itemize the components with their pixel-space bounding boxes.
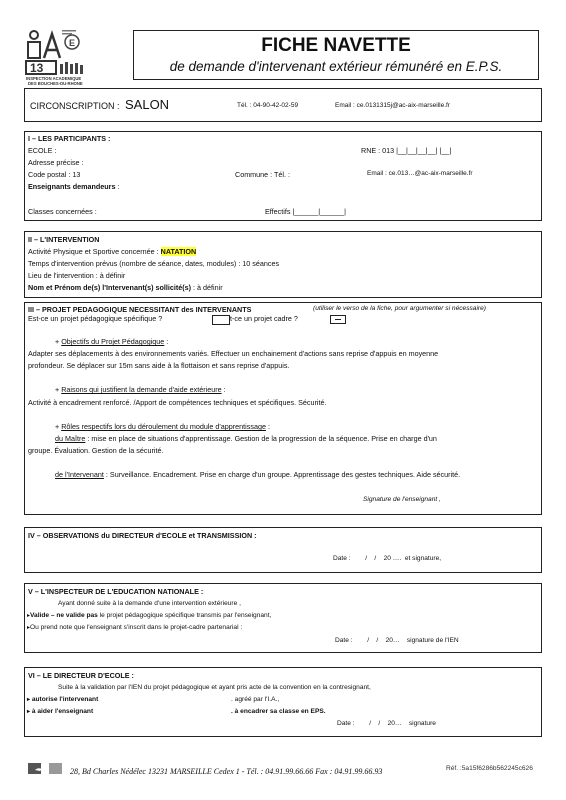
checkbox-cadre[interactable] (330, 315, 346, 324)
section-inspecteur: V – L'INSPECTEUR DE L'EDUCATION NATIONAL… (24, 583, 542, 653)
valide-label: Valide – ne valide pas (30, 612, 98, 619)
section-heading: III – PROJET PEDAGOGIQUE NECESSITANT des… (28, 305, 251, 314)
intervenant-role: de l'Intervenant : Surveillance. Encadre… (55, 470, 460, 479)
title-box: FICHE NAVETTE de demande d'intervenant e… (133, 30, 539, 80)
circonscription-email: Email : ce.0131315j@ac-aix-marseille.fr (335, 102, 450, 109)
triangle-bullet-icon: ▸ (27, 697, 30, 703)
checkbox-dash-icon (335, 319, 341, 320)
autorise-label: autorise l'intervenant (32, 696, 98, 703)
footer-reference: Réf. :5a15f6286b562245c626 (446, 765, 533, 772)
circonscription-box: CIRCONSCRIPTION : SALON Tél. : 04-90-42-… (24, 88, 542, 122)
autorise-option[interactable]: ▸ autorise l'intervenant (27, 696, 98, 703)
ecole-email-field[interactable]: Email : ce.013…@ac-aix-marseille.fr (367, 170, 473, 177)
temps-field[interactable]: Temps d'intervention prévus (nombre de s… (28, 259, 279, 268)
section-heading: IV – OBSERVATIONS du DIRECTEUR d'ECOLE e… (28, 531, 257, 540)
footer-address: 28, Bd Charles Nédélec 13231 MARSEILLE C… (70, 767, 382, 776)
maitre-text: : mise en place de situations d'apprenti… (85, 434, 437, 443)
page-subtitle: de demande d'intervenant extérieur rémun… (134, 59, 538, 74)
section-heading: II – L'INTERVENTION (28, 235, 99, 244)
directeur-intro: Suite à la validation par l'IEN du proje… (58, 684, 371, 691)
inspecteur-intro: Ayant donné suite à la demande d'une int… (58, 600, 241, 607)
classes-field[interactable]: Classes concernées : (28, 207, 97, 216)
intervenant-name-field[interactable]: Nom et Prénom de(s) l'Intervenant(s) sol… (28, 283, 223, 292)
question-cadre: t-ce un projet cadre ? (230, 314, 298, 323)
enseignants-label: Enseignants demandeurs (28, 182, 115, 191)
circonscription-value: SALON (125, 97, 169, 112)
aider-option[interactable]: ▸ à aider l'enseignant (27, 708, 93, 715)
agree-text: . agréé par l'I.A., (231, 696, 279, 703)
circonscription-label: CIRCONSCRIPTION : (30, 101, 120, 111)
roles-heading: + Rôles respectifs lors du déroulement d… (55, 422, 270, 431)
enseignants-field[interactable]: Enseignants demandeurs : (28, 182, 119, 191)
svg-text:13: 13 (30, 61, 44, 75)
republique-logo-icon (28, 763, 63, 774)
adresse-field[interactable]: Adresse précise : (28, 158, 84, 167)
raisons-text: Activité à encadrement renforcé. /Apport… (28, 398, 326, 407)
section-heading: V – L'INSPECTEUR DE L'EDUCATION NATIONAL… (28, 587, 203, 596)
section-intervention: II – L'INTERVENTION Activité Physique et… (24, 231, 542, 298)
plus-bullet-icon: + (55, 337, 59, 346)
svg-text:DES BOUCHES-DU-RHONE: DES BOUCHES-DU-RHONE (28, 81, 83, 86)
code-postal-field[interactable]: Code postal : 13 (28, 170, 80, 179)
plus-bullet-icon: + (55, 422, 59, 431)
question-specifique: Est-ce un projet pédagogique spécifique … (28, 314, 162, 323)
intervenant-name-label: Nom et Prénom de(s) l'Intervenant(s) sol… (28, 283, 191, 292)
section-directeur: VI – LE DIRECTEUR D'ECOLE : Suite à la v… (24, 667, 542, 737)
triangle-bullet-icon: ▸ (27, 709, 30, 715)
signature-enseignant: Signature de l'enseignant , (363, 496, 441, 503)
page-title: FICHE NAVETTE (134, 35, 538, 57)
svg-text:E: E (69, 38, 75, 48)
raisons-heading: + Raisons qui justifient la demande d'ai… (55, 385, 226, 394)
objectifs-text-1: Adapter ses déplacements à des environne… (28, 349, 438, 358)
date-signature-directeur[interactable]: Date : / / 20… signature (337, 720, 436, 727)
effectifs-field[interactable]: Effectifs |______|______| (265, 207, 346, 216)
aps-field[interactable]: Activité Physique et Sportive concernée … (28, 247, 196, 256)
academy-logo-icon: E 13 INSPECTION ACADEMIQUE DES BOUCHES-D… (24, 28, 94, 88)
section-projet-pedagogique: III – PROJET PEDAGOGIQUE NECESSITANT des… (24, 302, 542, 515)
maitre-role: du Maître : mise en place de situations … (55, 434, 437, 443)
raisons-label: Raisons qui justifient la demande d'aide… (61, 385, 221, 394)
rne-field[interactable]: RNE : 013 |__|__|__|__| |__| (361, 146, 451, 155)
colon: : (222, 385, 226, 394)
objectifs-heading: + Objectifs du Projet Pédagogique : (55, 337, 168, 346)
section-participants: I – LES PARTICIPANTS : ECOLE : RNE : 013… (24, 131, 542, 221)
commune-field[interactable]: Commune : Tél. : (235, 170, 290, 179)
ecole-field[interactable]: ECOLE : (28, 146, 56, 155)
maitre-role-cont: groupe. Évaluation. Gestion de la sécuri… (28, 446, 163, 455)
ou-prend-text: Ou prend note que l'enseignant s'inscrit… (30, 624, 242, 631)
colon: : (266, 422, 270, 431)
circonscription-tel: Tél. : 04-90-42-02-59 (237, 102, 298, 109)
section-observations-directeur: IV – OBSERVATIONS du DIRECTEUR d'ECOLE e… (24, 527, 542, 573)
roles-label: Rôles respectifs lors du déroulement du … (61, 422, 266, 431)
date-signature-line[interactable]: Date : / / 20 …. et signature, (333, 555, 441, 562)
academy-logo: E 13 INSPECTION ACADEMIQUE DES BOUCHES-D… (24, 28, 94, 88)
projet-cadre-option[interactable]: ▸Ou prend note que l'enseignant s'inscri… (27, 624, 242, 631)
encadrer-text: . à encadrer sa classe en EPS. (231, 708, 326, 715)
enseignants-suffix: : (115, 182, 119, 191)
checkbox-specifique[interactable] (212, 315, 230, 325)
aider-label: à aider l'enseignant (32, 708, 93, 715)
maitre-label: du Maître (55, 434, 85, 443)
intervenant-text: : Surveillance. Encadrement. Prise en ch… (104, 470, 460, 479)
aps-value: NATATION (161, 247, 197, 256)
section-heading: I – LES PARTICIPANTS : (28, 134, 110, 143)
objectifs-text-2: profondeur. Se déplacer sur 15m sans aid… (28, 361, 289, 370)
date-signature-ien[interactable]: Date : / / 20… signature de l'IEN (335, 637, 459, 644)
aps-label: Activité Physique et Sportive concernée … (28, 247, 161, 256)
plus-bullet-icon: + (55, 385, 59, 394)
section-heading: VI – LE DIRECTEUR D'ECOLE : (28, 671, 134, 680)
lieu-field[interactable]: Lieu de l'intervention : à définir (28, 271, 125, 280)
colon: : (164, 337, 168, 346)
intervenant-name-value: : à définir (191, 283, 223, 292)
valide-text: le projet pédagogique spécifique transmi… (98, 612, 272, 619)
objectifs-label: Objectifs du Projet Pédagogique (61, 337, 164, 346)
section-note: (utiliser le verso de la fiche, pour arg… (313, 305, 486, 312)
valide-option[interactable]: ▸Valide – ne valide pas le projet pédago… (27, 612, 271, 619)
intervenant-label: de l'Intervenant (55, 470, 104, 479)
